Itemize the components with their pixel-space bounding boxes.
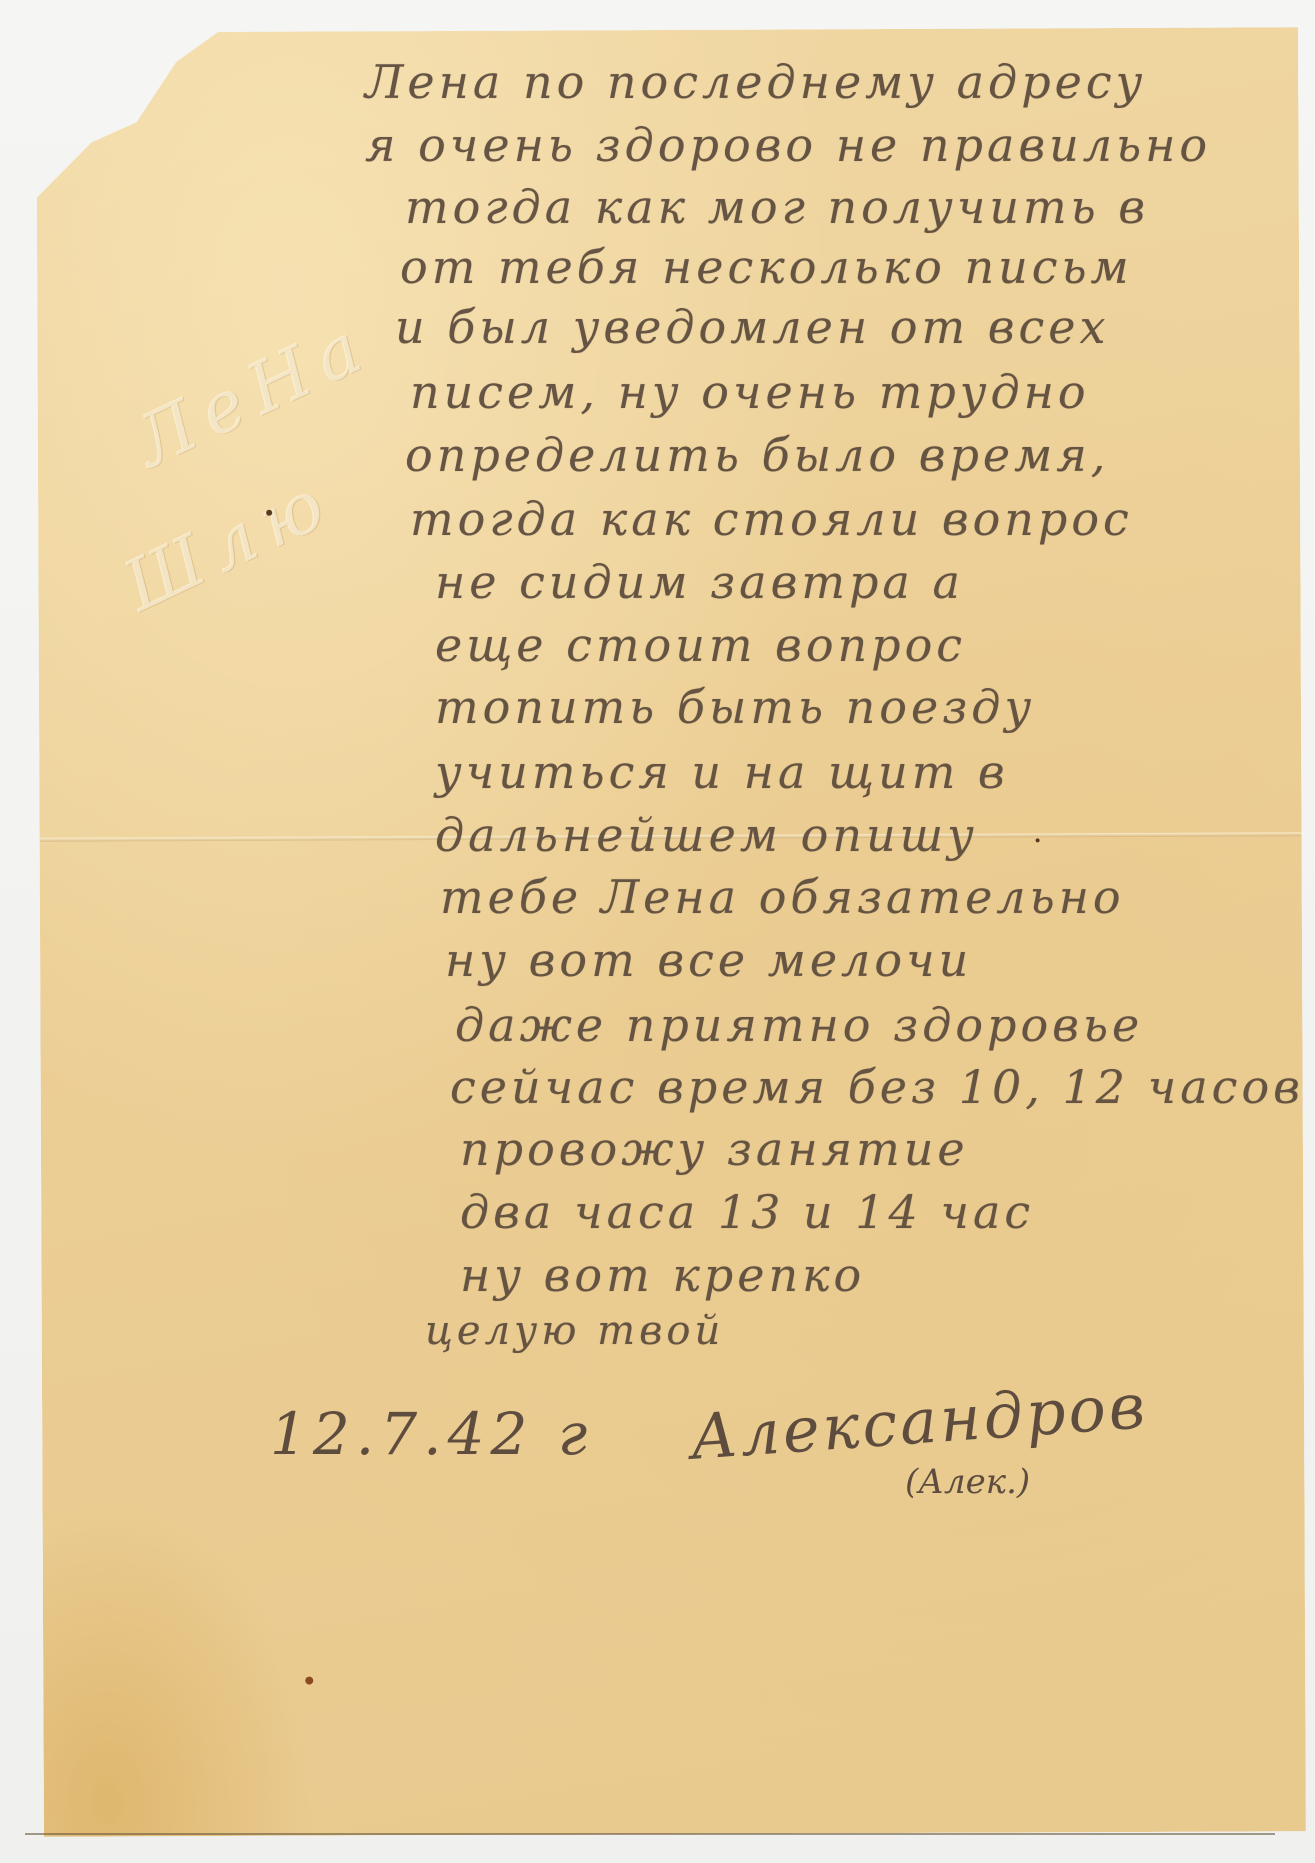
letter-line: еще стоит вопрос <box>435 618 966 672</box>
letter-line: ну вот крепко <box>460 1248 865 1302</box>
letter-line: даже приятно здоровье <box>455 998 1143 1052</box>
letter-line: тогда как мог получить в <box>405 180 1149 234</box>
letter-line: от тебя несколько письм <box>400 240 1133 294</box>
letter-line: и был уведомлен от всех <box>395 300 1109 354</box>
letter-line: учиться и на щит в <box>435 745 1009 799</box>
ink-dot <box>1036 838 1040 842</box>
rust-spot <box>305 1677 313 1685</box>
letter-line: я очень здорово не правильно <box>365 118 1211 172</box>
letter-line: тогда как стояли вопрос <box>410 492 1133 546</box>
embossed-impression-1: ЛеНа <box>122 302 384 483</box>
letter-line: сейчас время без 10, 12 часов <box>450 1060 1304 1114</box>
letter-line: определить было время, <box>405 428 1109 482</box>
embossed-impression-2: Шлю <box>111 458 347 627</box>
letter-line: не сидим завтра а <box>435 555 964 609</box>
letter-date: 12.7.42 г <box>270 1400 593 1468</box>
ink-spot <box>266 510 272 516</box>
paper-bottom-edge <box>25 1833 1275 1835</box>
letter-line: тебе Лена обязательно <box>440 870 1125 924</box>
letter-line: топить быть поезду <box>435 680 1035 734</box>
letter-line: два часа 13 и 14 час <box>460 1185 1034 1239</box>
letter-line: дальнейшем опишу <box>435 808 978 862</box>
letter-closing: целую твой <box>425 1308 724 1354</box>
letter-line: Лена по последнему адресу <box>365 55 1146 109</box>
letter-line: писем, ну очень трудно <box>410 365 1090 419</box>
letter-line: провожу занятие <box>460 1122 969 1176</box>
letter-paper: ЛеНа Шлю <box>36 27 1306 1836</box>
signature-initials: (Алек.) <box>905 1462 1030 1502</box>
letter-line: ну вот все мелочи <box>445 933 972 987</box>
